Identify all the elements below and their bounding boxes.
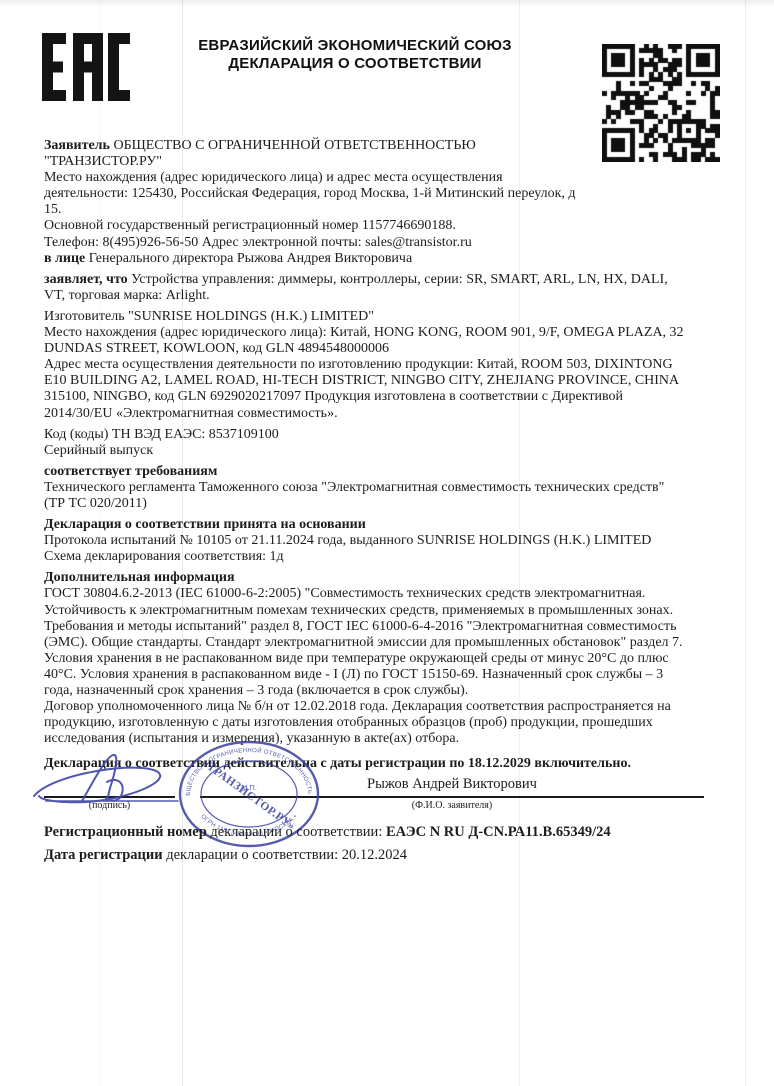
document-line: Требования и методы испытаний" раздел 8,…: [44, 619, 744, 635]
document-line: Место нахождения (адрес юридического лиц…: [44, 170, 744, 186]
document-line: Декларация о соответствии принята на осн…: [44, 517, 744, 533]
document-line: Телефон: 8(495)926-56-50 Адрес электронн…: [44, 235, 744, 251]
document-line: Серийный выпуск: [44, 443, 744, 459]
line-text: Схема декларирования соответствия: 1д: [44, 549, 284, 564]
line-bold-text: соответствует требованиям: [44, 464, 217, 479]
line-text: Место нахождения (адрес юридического лиц…: [44, 170, 503, 185]
document-line: 315100, NINGBO, код GLN 6929020217097 Пр…: [44, 389, 744, 405]
line-text: 40°С. Условия хранения в распакованном в…: [44, 667, 663, 682]
document-line: Адрес места осуществления деятельности п…: [44, 357, 744, 373]
stamp-center-text: «ТРАНЗИСТОР.РУ»: [200, 757, 298, 833]
line-text: Код (коды) ТН ВЭД ЕАЭС: 8537109100: [44, 427, 279, 442]
line-text: Протокола испытаний № 10105 от 21.11.202…: [44, 533, 651, 548]
document-line: (ТР ТС 020/2011): [44, 496, 744, 512]
line-text: 15.: [44, 202, 62, 217]
document-line: года, назначенный срок хранения – 3 года…: [44, 683, 744, 699]
line-text: Генерального директора Рыжова Андрея Вик…: [85, 251, 412, 266]
line-bold-text: Дополнительная информация: [44, 570, 235, 585]
line-text: Технического регламента Таможенного союз…: [44, 480, 664, 495]
document-line: Изготовитель "SUNRISE HOLDINGS (H.K.) LI…: [44, 309, 744, 325]
document-line: Договор уполномоченного лица № б/н от 12…: [44, 699, 744, 715]
title-line-1: ЕВРАЗИЙСКИЙ ЭКОНОМИЧЕСКИЙ СОЮЗ: [140, 37, 570, 55]
line-text: E10 BUILDING A2, LAMEL ROAD, HI-TECH DIS…: [44, 373, 679, 388]
line-text: (ЭМС). Общие стандарты. Стандарт электро…: [44, 635, 683, 650]
eac-logo-icon: [42, 33, 130, 106]
line-text: деятельности: 125430, Российская Федерац…: [44, 186, 576, 201]
registration-number-line: Регистрационный номер декларации о соотв…: [44, 824, 611, 841]
document-line: Условия хранения в не распакованном виде…: [44, 651, 744, 667]
line-text: (ТР ТС 020/2011): [44, 496, 147, 511]
line-text: Место нахождения (адрес юридического лиц…: [44, 325, 684, 340]
document-line: Дополнительная информация: [44, 570, 744, 586]
reg-number-label: Регистрационный номер: [44, 824, 207, 840]
reg-date-label-rest: декларации о соответствии:: [163, 847, 342, 863]
line-bold-text: Заявитель: [44, 138, 110, 153]
line-bold-text: Декларация о соответствии принята на осн…: [44, 517, 366, 532]
reg-date-value: 20.12.2024: [342, 847, 407, 863]
line-text: Устойчивость к электромагнитным помехам …: [44, 603, 673, 618]
reg-number-value: ЕАЭС N RU Д-CN.РА11.В.65349/24: [386, 824, 611, 840]
document-line: Технического регламента Таможенного союз…: [44, 480, 744, 496]
line-text: VT, торговая марка: Arlight.: [44, 288, 210, 303]
document-line: в лице Генерального директора Рыжова Анд…: [44, 251, 744, 267]
document-line: VT, торговая марка: Arlight.: [44, 288, 744, 304]
line-text: 2014/30/EU «Электромагнитная совместимос…: [44, 406, 338, 421]
document-line: Код (коды) ТН ВЭД ЕАЭС: 8537109100: [44, 427, 744, 443]
line-text: Телефон: 8(495)926-56-50 Адрес электронн…: [44, 235, 472, 250]
document-line: Основной государственный регистрационный…: [44, 218, 744, 234]
line-text: ГОСТ 30804.6.2-2013 (IEC 61000-6-2:2005)…: [44, 586, 645, 601]
document-line: заявляет, что Устройства управления: дим…: [44, 272, 744, 288]
declaration-document: ЕВРАЗИЙСКИЙ ЭКОНОМИЧЕСКИЙ СОЮЗ ДЕКЛАРАЦИ…: [0, 0, 774, 1086]
line-text: года, назначенный срок хранения – 3 года…: [44, 683, 468, 698]
document-line: Схема декларирования соответствия: 1д: [44, 549, 744, 565]
document-line: деятельности: 125430, Российская Федерац…: [44, 186, 744, 202]
document-body: Заявитель ОБЩЕСТВО С ОГРАНИЧЕННОЙ ОТВЕТС…: [44, 138, 744, 747]
line-text: Адрес места осуществления деятельности п…: [44, 357, 673, 372]
line-bold-text: в лице: [44, 251, 85, 266]
document-line: 2014/30/EU «Электромагнитная совместимос…: [44, 406, 744, 422]
line-text: Договор уполномоченного лица № б/н от 12…: [44, 699, 671, 714]
document-line: соответствует требованиям: [44, 464, 744, 480]
scan-line: [745, 0, 746, 1086]
line-text: "ТРАНЗИСТОР.РУ": [44, 154, 162, 169]
document-line: 40°С. Условия хранения в распакованном в…: [44, 667, 744, 683]
document-line: Протокола испытаний № 10105 от 21.11.202…: [44, 533, 744, 549]
line-text: продукцию, изготовленную с даты изготовл…: [44, 715, 653, 730]
line-text: Серийный выпуск: [44, 443, 153, 458]
document-line: продукцию, изготовленную с даты изготовл…: [44, 715, 744, 731]
reg-number-label-rest: декларации о соответствии:: [207, 824, 386, 840]
line-text: Изготовитель "SUNRISE HOLDINGS (H.K.) LI…: [44, 309, 374, 324]
line-bold-text: заявляет, что: [44, 272, 128, 287]
line-text: Требования и методы испытаний" раздел 8,…: [44, 619, 676, 634]
document-line: E10 BUILDING A2, LAMEL ROAD, HI-TECH DIS…: [44, 373, 744, 389]
document-line: Заявитель ОБЩЕСТВО С ОГРАНИЧЕННОЙ ОТВЕТС…: [44, 138, 744, 154]
reg-date-label: Дата регистрации: [44, 847, 163, 863]
document-line: Место нахождения (адрес юридического лиц…: [44, 325, 744, 341]
title-line-2: ДЕКЛАРАЦИЯ О СООТВЕТСТВИИ: [140, 55, 570, 73]
document-line: "ТРАНЗИСТОР.РУ": [44, 154, 744, 170]
line-text: Условия хранения в не распакованном виде…: [44, 651, 669, 666]
registration-date-line: Дата регистрации декларации о соответств…: [44, 847, 407, 864]
document-line: ГОСТ 30804.6.2-2013 (IEC 61000-6-2:2005)…: [44, 586, 744, 602]
scan-shade: [0, 0, 774, 7]
line-text: Устройства управления: диммеры, контролл…: [128, 272, 668, 287]
line-text: DUNDAS STREET, KOWLOON, код GLN 48945480…: [44, 341, 389, 356]
document-line: Устойчивость к электромагнитным помехам …: [44, 603, 744, 619]
line-text: 315100, NINGBO, код GLN 6929020217097 Пр…: [44, 389, 623, 404]
document-line: (ЭМС). Общие стандарты. Стандарт электро…: [44, 635, 744, 651]
document-title: ЕВРАЗИЙСКИЙ ЭКОНОМИЧЕСКИЙ СОЮЗ ДЕКЛАРАЦИ…: [140, 37, 570, 73]
document-line: 15.: [44, 202, 744, 218]
line-text: Основной государственный регистрационный…: [44, 218, 456, 233]
line-text: ОБЩЕСТВО С ОГРАНИЧЕННОЙ ОТВЕТСТВЕННОСТЬЮ: [110, 138, 476, 153]
document-line: DUNDAS STREET, KOWLOON, код GLN 48945480…: [44, 341, 744, 357]
